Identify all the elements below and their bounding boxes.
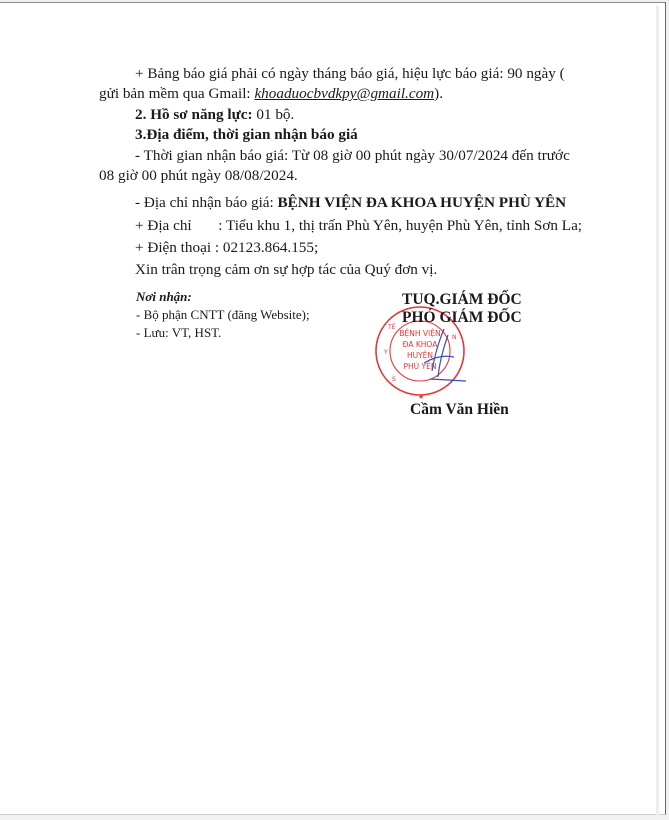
svg-text:HUYỆN: HUYỆN <box>407 351 433 360</box>
section3-heading: 3.Địa điểm, thời gian nhận báo giá <box>135 125 358 145</box>
svg-text:BỆNH VIỆN: BỆNH VIỆN <box>399 329 440 338</box>
svg-text:TẾ: TẾ <box>387 323 396 331</box>
svg-text:PHÙ YÊN: PHÙ YÊN <box>404 362 437 371</box>
recipient-item: - Lưu: VT, HST. <box>136 324 221 341</box>
quote-validity-line2: gửi bản mềm qua Gmail: khoaduocbvdkpy@gm… <box>99 84 443 104</box>
scrollbar[interactable] <box>656 6 659 816</box>
section2-value: 01 bộ. <box>253 106 295 123</box>
section2: 2. Hồ sơ năng lực: 01 bộ. <box>135 105 294 125</box>
signer-role-tuq: TUQ.GIÁM ĐỐC <box>402 291 522 309</box>
receive-time-line1: - Thời gian nhận báo giá: Từ 08 giờ 00 p… <box>135 146 570 166</box>
signer-role: PHÓ GIÁM ĐỐC <box>402 309 522 327</box>
recipient-item: - Bộ phận CNTT (đăng Website); <box>136 306 310 323</box>
svg-text:N: N <box>452 334 457 341</box>
signer-name: Cầm Văn Hiền <box>410 401 509 419</box>
gmail-label: gửi bản mềm qua Gmail: <box>99 85 254 102</box>
svg-text:ĐA KHOA: ĐA KHOA <box>403 340 439 349</box>
svg-text:Y: Y <box>383 349 388 356</box>
recipients-title: Nơi nhận: <box>136 288 192 305</box>
document-page: + Bảng báo giá phải có ngày tháng báo gi… <box>0 2 666 815</box>
address-line: + Địa chỉ : Tiểu khu 1, thị trấn Phù Yên… <box>135 216 582 236</box>
phone-line: + Điện thoại : 02123.864.155; <box>135 238 318 258</box>
hospital-name: BỆNH VIỆN ĐA KHOA HUYỆN PHÙ YÊN <box>278 194 567 211</box>
receive-time-line2: 08 giờ 00 phút ngày 08/08/2024. <box>99 166 298 186</box>
email-link[interactable]: khoaduocbvdkpy@gmail.com <box>254 85 434 102</box>
section2-heading: 2. Hồ sơ năng lực: <box>135 106 253 123</box>
thanks-line: Xin trân trọng cảm ơn sự hợp tác của Quý… <box>135 260 437 280</box>
address-heading: - Địa chỉ nhận báo giá: BỆNH VIỆN ĐA KHO… <box>135 193 566 213</box>
svg-text:S: S <box>392 376 396 383</box>
svg-text:★: ★ <box>418 393 424 401</box>
line-end: ). <box>434 85 443 102</box>
quote-validity-line1: + Bảng báo giá phải có ngày tháng báo gi… <box>135 64 565 84</box>
address-label: - Địa chỉ nhận báo giá: <box>135 194 278 211</box>
